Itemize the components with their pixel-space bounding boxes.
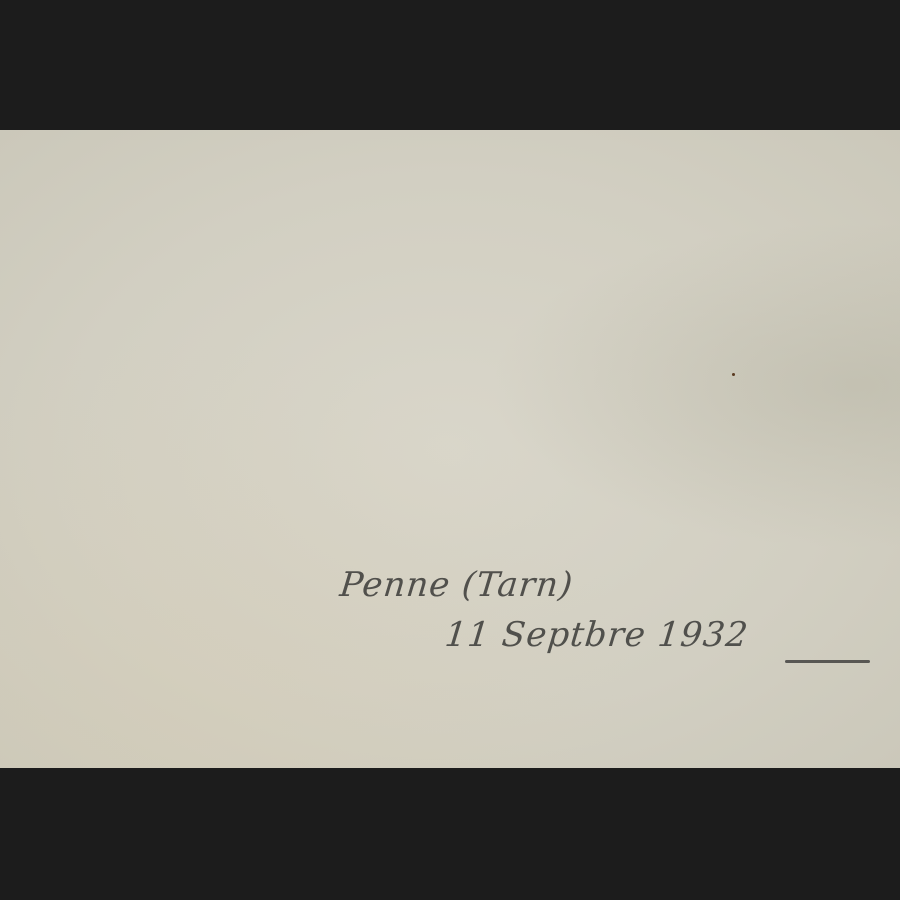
inscription-flourish bbox=[785, 660, 870, 663]
inscription-place: Penne (Tarn) bbox=[338, 565, 575, 605]
top-border bbox=[0, 0, 900, 130]
paper-speck bbox=[732, 373, 735, 376]
inscription-date: 11 Septbre 1932 bbox=[443, 615, 751, 655]
bottom-border bbox=[0, 768, 900, 900]
paper-sheet: Penne (Tarn) 11 Septbre 1932 bbox=[0, 130, 900, 768]
pencil-inscription: Penne (Tarn) 11 Septbre 1932 bbox=[330, 555, 890, 705]
